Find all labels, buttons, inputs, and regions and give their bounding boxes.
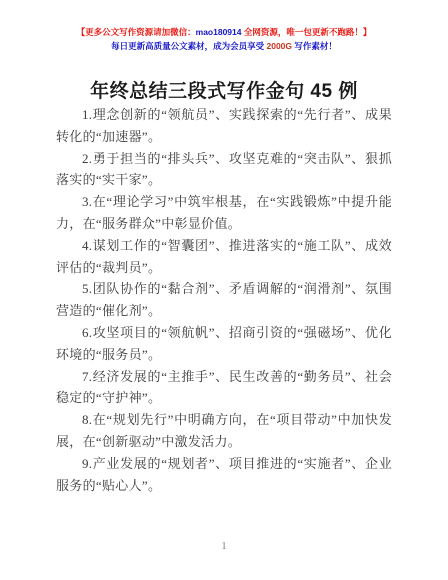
paragraph: 2.勇于担当的“排头兵”、攻坚克难的“突击队”、狠抓落实的“实干家”。 (56, 148, 392, 192)
promo-line2-prefix: 每日更新高质量公文素材，成为会员享受 (111, 41, 266, 51)
paragraph: 4.谋划工作的“智囊团”、推进落实的“施工队”、成效评估的“裁判员”。 (56, 235, 392, 279)
promo-line1-prefix: 【更多公文写作资源请加微信： (77, 27, 196, 37)
page-number: 1 (0, 541, 448, 552)
promo-line1-suffix: 全网资源，唯一包更新不跑路！】 (241, 27, 371, 37)
paragraph: 8.在“规划先行”中明确方向，在“项目带动”中加快发展，在“创新驱动”中激发活力… (56, 409, 392, 453)
paragraph: 3.在“理论学习”中筑牢根基，在“实践锻炼”中提升能力，在“服务群众”中彰显价值… (56, 191, 392, 235)
promo-line2-size: 2000G (266, 41, 292, 51)
promo-line1-wechat-id: mao180914 (196, 27, 242, 37)
paragraph: 5.团队协作的“黏合剂”、矛盾调解的“润滑剂”、氛围营造的“催化剂”。 (56, 278, 392, 322)
paragraph: 1.理念创新的“领航员”、实践探索的“先行者”、成果转化的“加速器”。 (56, 104, 392, 148)
document-title: 年终总结三段式写作金句 45 例 (0, 76, 448, 103)
promo-line2-suffix: 写作素材！ (292, 41, 337, 51)
promo-header-line-1: 【更多公文写作资源请加微信：mao180914 全网资源，唯一包更新不跑路！】 (0, 26, 448, 40)
document-page: 【更多公文写作资源请加微信：mao180914 全网资源，唯一包更新不跑路！】 … (0, 0, 448, 580)
paragraph: 7.经济发展的“主推手”、民生改善的“勤务员”、社会稳定的“守护神”。 (56, 366, 392, 410)
paragraph: 9.产业发展的“规划者”、项目推进的“实施者”、企业服务的“贴心人”。 (56, 453, 392, 497)
document-body: 1.理念创新的“领航员”、实践探索的“先行者”、成果转化的“加速器”。 2.勇于… (56, 104, 392, 496)
promo-header: 【更多公文写作资源请加微信：mao180914 全网资源，唯一包更新不跑路！】 … (0, 26, 448, 53)
paragraph: 6.攻坚项目的“领航帆”、招商引资的“强磁场”、优化环境的“服务员”。 (56, 322, 392, 366)
promo-header-line-2: 每日更新高质量公文素材，成为会员享受 2000G 写作素材！ (0, 40, 448, 54)
